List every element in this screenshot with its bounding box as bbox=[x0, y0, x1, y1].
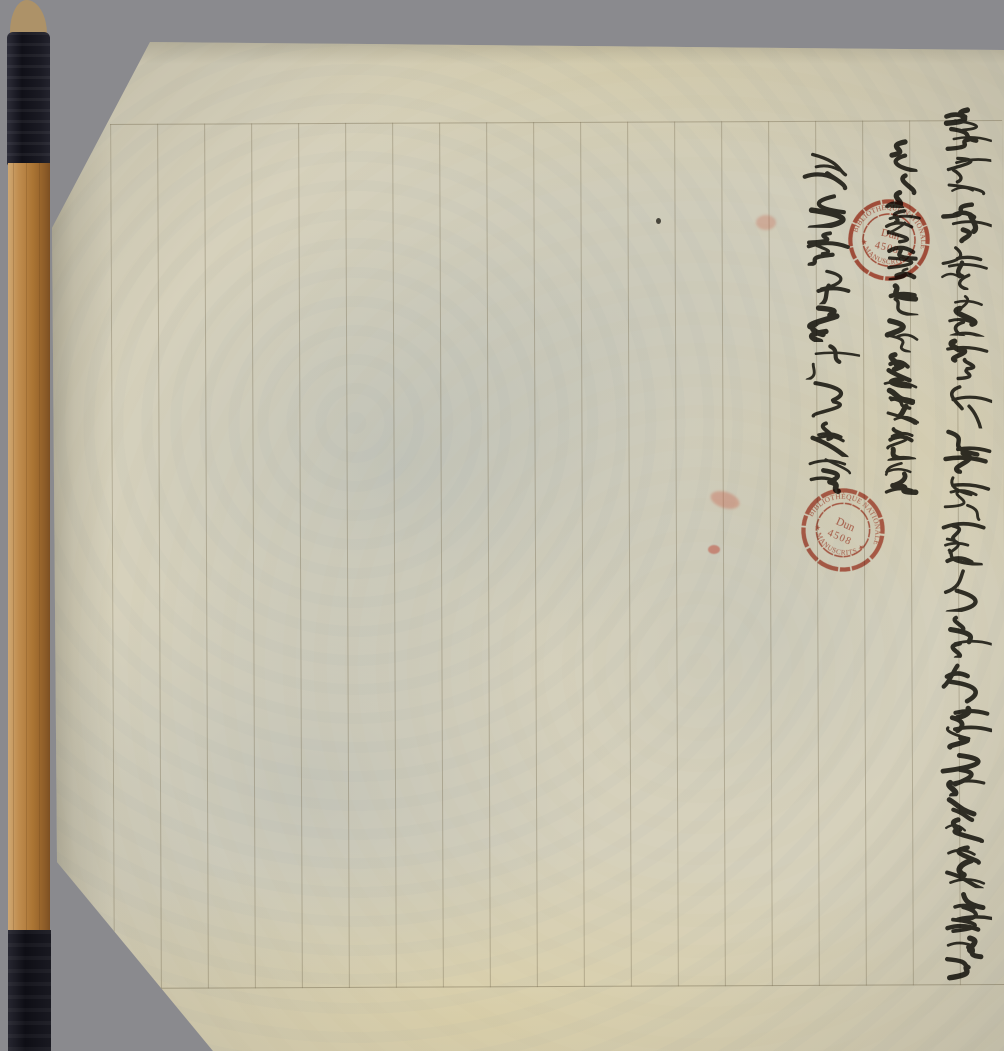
calligraphy-glyph bbox=[879, 423, 925, 462]
calligraphy-glyph bbox=[935, 381, 992, 428]
calligraphy-glyph bbox=[798, 304, 860, 342]
calligraphy-glyph bbox=[879, 315, 925, 354]
calligraphy-glyph bbox=[798, 190, 861, 229]
calligraphy-glyph bbox=[797, 265, 860, 305]
calligraphy-glyph bbox=[798, 228, 860, 266]
calligraphy-glyph bbox=[935, 657, 993, 706]
rod-lower-lacquer-band bbox=[8, 930, 51, 1051]
calligraphy-column-right bbox=[936, 106, 992, 980]
calligraphy-glyph bbox=[936, 842, 993, 889]
calligraphy-glyph bbox=[879, 279, 925, 317]
calligraphy-glyph bbox=[879, 387, 925, 425]
calligraphy-glyph bbox=[935, 196, 994, 245]
calligraphy-column-left bbox=[798, 152, 860, 494]
rod-upper-lacquer-band bbox=[7, 32, 50, 166]
calligraphy-glyph bbox=[935, 795, 993, 844]
scroll-rod bbox=[7, 0, 50, 1051]
calligraphy-glyph bbox=[935, 335, 992, 383]
calligraphy-glyph bbox=[935, 472, 994, 521]
calligraphy-glyph bbox=[880, 208, 924, 245]
calligraphy-glyph bbox=[935, 289, 993, 337]
calligraphy-glyph bbox=[936, 704, 992, 750]
calligraphy-glyph bbox=[879, 459, 925, 498]
calligraphy-glyph bbox=[798, 456, 860, 494]
calligraphy-glyph bbox=[936, 244, 992, 290]
calligraphy-glyph bbox=[936, 888, 992, 934]
calligraphy-glyph bbox=[935, 565, 992, 612]
calligraphy-glyph bbox=[935, 151, 993, 200]
calligraphy-glyph bbox=[935, 519, 992, 567]
calligraphy-glyph bbox=[880, 172, 924, 209]
calligraphy-glyph bbox=[798, 379, 861, 418]
calligraphy-glyph bbox=[879, 351, 925, 390]
calligraphy-glyph bbox=[936, 106, 992, 153]
calligraphy-glyph bbox=[880, 244, 925, 281]
rod-wood-shaft bbox=[8, 163, 50, 935]
calligraphy-glyph bbox=[935, 933, 993, 981]
calligraphy-glyph bbox=[797, 416, 861, 457]
calligraphy-glyph bbox=[935, 749, 993, 797]
calligraphy-column-middle bbox=[880, 136, 924, 496]
calligraphy-glyph bbox=[935, 427, 993, 476]
calligraphy-glyph bbox=[880, 136, 924, 172]
calligraphy-glyph bbox=[797, 150, 861, 192]
calligraphy-glyph bbox=[798, 342, 861, 381]
calligraphy-glyph bbox=[935, 611, 992, 659]
photograph-canvas: BIBLIOTHÈQUE NATIONALE ★ MANUSCRITS ★ Du… bbox=[0, 0, 1004, 1051]
